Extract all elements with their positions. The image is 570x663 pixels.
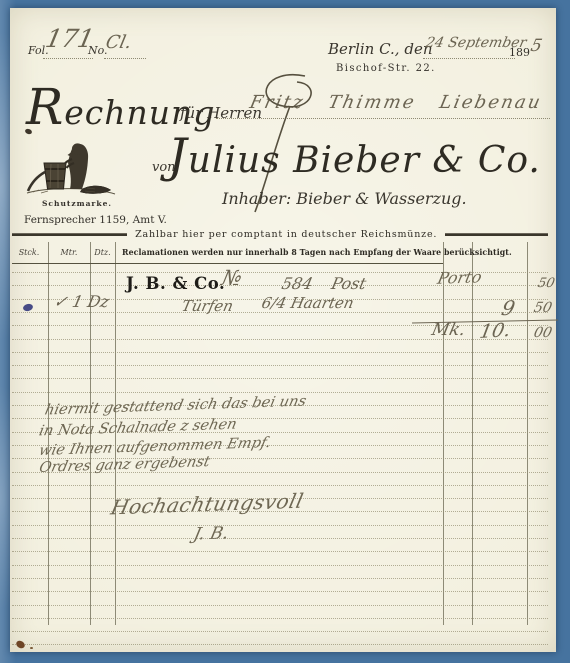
ruled-line bbox=[12, 605, 548, 606]
signature-initials: J. B. bbox=[192, 523, 231, 544]
trademark-caption: Schutzmarke. bbox=[40, 199, 114, 208]
invoice-paper: Fol. 171 No. Cl. Berlin C., den 24 Septe… bbox=[10, 8, 556, 652]
company-name: Julius Bieber & Co. bbox=[168, 130, 541, 184]
year-handwritten: 5 bbox=[529, 36, 544, 56]
total-pfennig: 00 bbox=[532, 325, 553, 341]
row1-company-stamp: J. B. & Co. bbox=[126, 274, 225, 293]
stain-speck bbox=[30, 647, 33, 649]
ruled-line bbox=[12, 631, 548, 632]
claims-note: Reclamationen werden nur innerhalb 8 Tag… bbox=[122, 247, 512, 257]
col-header-mtr: Mtr. bbox=[48, 248, 90, 257]
total-label: Mk. bbox=[430, 320, 467, 340]
row2-item-a: Türfen bbox=[180, 297, 235, 315]
row1-pfennig: 50 bbox=[536, 276, 556, 291]
ruled-line bbox=[12, 618, 548, 619]
col-header-dtz: Dtz. bbox=[90, 248, 115, 257]
total-mark: 10. bbox=[478, 319, 513, 343]
ruled-line bbox=[12, 538, 548, 539]
ruled-line bbox=[12, 378, 548, 379]
year-printed: 189 bbox=[509, 46, 530, 59]
scanned-invoice-scene: Fol. 171 No. Cl. Berlin C., den 24 Septe… bbox=[0, 0, 570, 663]
row2-quantity: ✓ 1 Dz bbox=[52, 292, 111, 311]
ruled-line bbox=[12, 565, 548, 566]
note-line-1: hiermit gestattend sich das bei uns bbox=[43, 393, 307, 418]
place-date-prefix: Berlin C., den bbox=[328, 40, 432, 58]
ruled-line bbox=[12, 525, 548, 526]
ruled-line bbox=[12, 325, 548, 326]
ruled-line bbox=[12, 312, 548, 313]
row2-item-b: 6/4 Haarten bbox=[260, 294, 355, 312]
note-line-2: in Nota Schalnade z sehen bbox=[37, 417, 238, 440]
stain-speck bbox=[15, 639, 26, 650]
divider-rule-right bbox=[445, 233, 548, 237]
ruled-line bbox=[12, 591, 548, 592]
phone-line: Fernsprecher 1159, Amt V. bbox=[24, 214, 167, 226]
row1-porto-label: Porto bbox=[436, 267, 484, 288]
table-header-rule bbox=[12, 263, 443, 264]
ruled-line bbox=[12, 365, 548, 366]
ruled-line bbox=[12, 551, 548, 552]
no-value: Cl. bbox=[104, 32, 134, 53]
row1-item: 584 Post bbox=[280, 274, 368, 293]
ruled-line bbox=[12, 644, 548, 645]
row2-mark: 9 bbox=[499, 296, 517, 320]
row1-mark-symbol: № bbox=[219, 266, 244, 290]
ruled-line bbox=[12, 578, 548, 579]
row2-pfennig: 50 bbox=[532, 300, 553, 316]
col-header-stck: Stck. bbox=[10, 248, 48, 257]
ruled-line bbox=[12, 418, 548, 419]
ruled-line bbox=[12, 339, 548, 340]
ruled-line bbox=[12, 392, 548, 393]
payment-notice-divider: Zahlbar hier per comptant in deutscher R… bbox=[12, 229, 548, 240]
blue-ink-blot bbox=[22, 303, 33, 312]
payment-notice: Zahlbar hier per comptant in deutscher R… bbox=[135, 229, 437, 240]
closing-signature: Hochachtungsvoll bbox=[109, 489, 306, 520]
ruled-line bbox=[12, 485, 548, 486]
divider-rule-left bbox=[12, 233, 127, 237]
owner-line: Inhaber: Bieber & Wasserzug. bbox=[222, 189, 467, 208]
beaver-trademark-icon bbox=[25, 132, 117, 198]
address-line: Bischof-Str. 22. bbox=[336, 63, 436, 74]
ruled-line bbox=[12, 352, 548, 353]
